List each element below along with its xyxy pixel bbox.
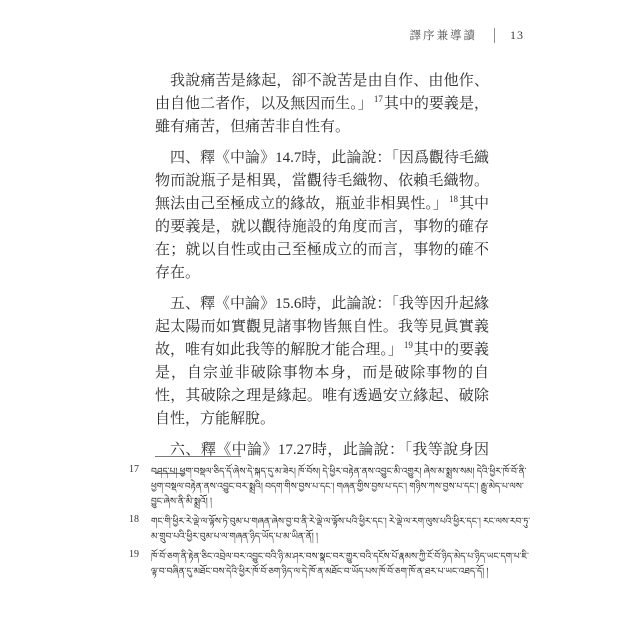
footnote-divider [155,456,241,457]
header-divider [494,28,495,43]
footnote-number: 17 [129,464,151,509]
page-number: 13 [510,28,524,43]
footnote-item: 19 ཁོ་བོ་ཅག་ནི་རྟེན་ཅིང་འབྲེལ་བར་འབྱུང་བ… [129,549,533,579]
footnote-text: བཤད་པ། ཕྱག་བསྡལ་ཅིད་དོ་ཞེས་དེ་སྐད་དུ་མ་ཟ… [151,464,533,509]
footnote-text: ཁོ་བོ་ཅག་ནི་རྟེན་ཅིང་འབྲེལ་བར་འབྱུང་བའི་… [151,549,533,579]
main-text: 我說痛苦是緣起，卻不說苦是由自作、由他作、由自他二者作，以及無因而生。」17其中… [155,70,489,493]
footnotes-section: 17 བཤད་པ། ཕྱག་བསྡལ་ཅིད་དོ་ཞེས་དེ་སྐད་དུ་… [129,464,533,584]
footnote-number: 18 [129,514,151,544]
footnote-ref-19: 19 [404,340,413,350]
footnote-number: 19 [129,549,151,579]
footnote-ref-18: 18 [449,194,458,204]
running-title: 譯序兼導讀 [410,27,478,43]
footnote-item: 18 གང་གི་ཕྱིར་རེ་ལྡེ་ལ་ལྟོས་ཏེ་བུམ་པ་གཞན… [129,514,533,544]
page-header: 譯序兼導讀 13 [0,27,524,43]
footnote-ref-17: 17 [374,94,383,104]
footnote-text: གང་གི་ཕྱིར་རེ་ལྡེ་ལ་ལྟོས་ཏེ་བུམ་པ་གཞན་ཞེ… [151,514,533,544]
book-page: 譯序兼導讀 13 我說痛苦是緣起，卻不說苦是由自作、由他作、由自他二者作，以及無… [0,0,640,640]
footnote-item: 17 བཤད་པ། ཕྱག་བསྡལ་ཅིད་དོ་ཞེས་དེ་སྐད་དུ་… [129,464,533,509]
paragraph-four: 四、釋《中論》14.7時，此論說：「因爲觀待毛織物而說瓶子是相異，當觀待毛織物、… [155,147,489,285]
paragraph-five: 五、釋《中論》15.6時，此論說：「我等因升起緣起太陽而如實觀見諸事物皆無自性。… [155,293,489,431]
paragraph-continuation: 我說痛苦是緣起，卻不說苦是由自作、由他作、由自他二者作，以及無因而生。」17其中… [155,70,489,139]
paragraph-text: 四、釋《中論》14.7時，此論說：「因爲觀待毛織物而說瓶子是相異，當觀待毛織物、… [155,150,489,212]
